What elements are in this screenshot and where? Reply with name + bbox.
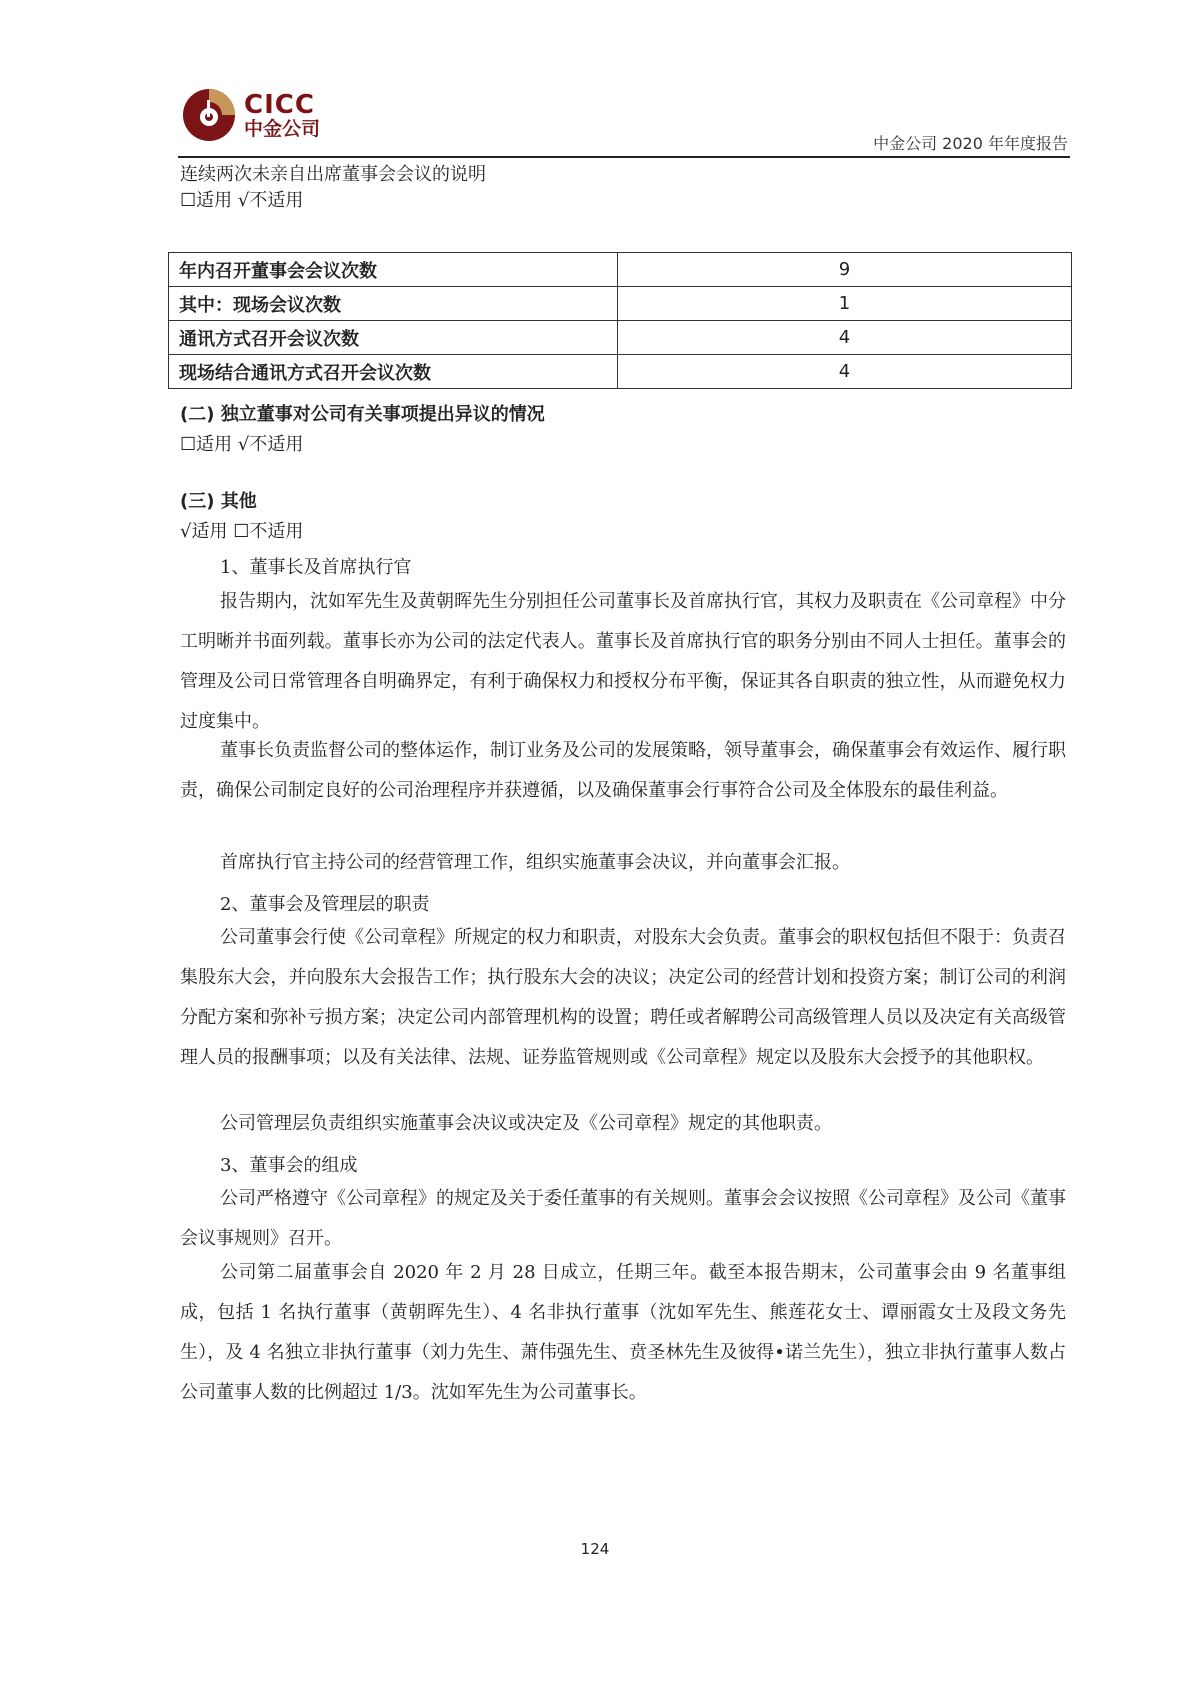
row-value: 1	[618, 287, 1072, 321]
row-value: 4	[618, 321, 1072, 355]
paragraph: 公司管理层负责组织实施董事会决议或决定及《公司章程》规定的其他职责。	[180, 1104, 1066, 1144]
table-row: 通讯方式召开会议次数 4	[169, 321, 1072, 355]
section-2-applicability: ☐适用 √不适用	[180, 430, 303, 456]
row-label: 其中：现场会议次数	[169, 287, 618, 321]
subsection-2-title: 2、董事会及管理层的职责	[220, 890, 429, 916]
paragraph: 董事长负责监督公司的整体运作，制订业务及公司的发展策略，领导董事会，确保董事会有…	[180, 731, 1066, 811]
table-row: 其中：现场会议次数 1	[169, 287, 1072, 321]
table-row: 现场结合通讯方式召开会议次数 4	[169, 355, 1072, 389]
subsection-3-title: 3、董事会的组成	[220, 1151, 357, 1177]
row-label: 通讯方式召开会议次数	[169, 321, 618, 355]
board-meetings-table: 年内召开董事会会议次数 9 其中：现场会议次数 1 通讯方式召开会议次数 4 现…	[168, 252, 1072, 389]
header-divider	[178, 156, 1070, 158]
paragraph: 公司第二届董事会自 2020 年 2 月 28 日成立，任期三年。截至本报告期末…	[180, 1253, 1066, 1413]
section-2-title: (二) 独立董事对公司有关事项提出异议的情况	[180, 400, 545, 426]
consecutive-absence-applicability: ☐适用 √不适用	[180, 186, 303, 212]
table-row: 年内召开董事会会议次数 9	[169, 253, 1072, 287]
consecutive-absence-title: 连续两次未亲自出席董事会会议的说明	[180, 160, 486, 186]
paragraph: 公司董事会行使《公司章程》所规定的权力和职责，对股东大会负责。董事会的职权包括但…	[180, 918, 1066, 1078]
paragraph: 公司严格遵守《公司章程》的规定及关于委任董事的有关规则。董事会会议按照《公司章程…	[180, 1179, 1066, 1259]
subsection-1-title: 1、董事长及首席执行官	[220, 553, 411, 579]
row-label: 年内召开董事会会议次数	[169, 253, 618, 287]
logo-english-text: CICC	[244, 92, 320, 118]
company-logo: CICC 中金公司	[182, 88, 320, 142]
section-3-title: (三) 其他	[180, 487, 257, 513]
cicc-logo-icon	[182, 88, 236, 142]
row-value: 9	[618, 253, 1072, 287]
logo-chinese-text: 中金公司	[244, 120, 320, 139]
row-value: 4	[618, 355, 1072, 389]
row-label: 现场结合通讯方式召开会议次数	[169, 355, 618, 389]
paragraph: 报告期内，沈如军先生及黄朝晖先生分别担任公司董事长及首席执行官，其权力及职责在《…	[180, 582, 1066, 742]
section-3-applicability: √适用 ☐不适用	[180, 517, 303, 543]
page-number: 124	[0, 1540, 1190, 1558]
report-title: 中金公司 2020 年年度报告	[873, 131, 1068, 154]
paragraph: 首席执行官主持公司的经营管理工作，组织实施董事会决议，并向董事会汇报。	[180, 843, 1066, 883]
